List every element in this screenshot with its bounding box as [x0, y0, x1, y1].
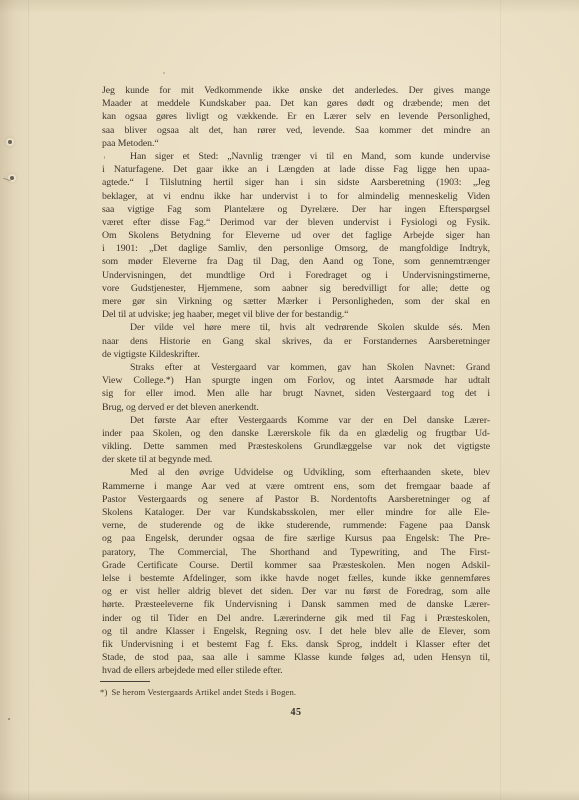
text-line: Med al den øvrige Udvidelse og Udvikling… [102, 466, 490, 479]
text-line: kan ogsaa gøres livligt og vækkende. Er … [102, 110, 490, 123]
paragraph: Jeg kunde for mit Vedkommende ikke ønske… [102, 84, 490, 150]
text-line: Maader at meddele Kundskaber paa. Det ka… [102, 97, 490, 110]
text-line: Der vilde vel høre mere til, hvis alt ve… [102, 321, 490, 334]
page-edge-shadow-left [0, 0, 34, 800]
text-line: agtede.“ I Tilslutning hertil siger han … [102, 176, 490, 189]
page-edge-shadow-bottom [0, 790, 579, 800]
text-line: Han siger et Sted: „Navnlig trænger vi t… [102, 150, 490, 163]
text-line: i 1901: „Det daglige Samliv, den personl… [102, 242, 490, 255]
scanned-book-page: Jeg kunde for mit Vedkommende ikke ønske… [0, 0, 579, 800]
text-line: Det første Aar efter Vestergaards Komme … [102, 414, 490, 427]
binding-hole-mark [8, 140, 12, 144]
text-line: verne, de studerende og de ikke studeren… [102, 519, 490, 532]
paragraph: Der vilde vel høre mere til, hvis alt ve… [102, 321, 490, 361]
text-line: saa vigtige Fag som Plantelære og Dyrelæ… [102, 203, 490, 216]
text-line: Stade, de stod paa, saa alle i samme Kla… [102, 651, 490, 664]
text-line: der skete til at begynde med. [102, 453, 490, 466]
text-line: været efter disse Fag.“ Derimod var der … [102, 216, 490, 229]
text-line: beklager, at vi endnu ikke har undervist… [102, 190, 490, 203]
footnote-divider [100, 681, 150, 682]
text-line: inder paa Skolen, og den danske Lærersko… [102, 427, 490, 440]
text-line: som møder Eleverne fra Dag til Dag, den … [102, 255, 490, 268]
text-line: Grade Certificate Course. Dertil kommer … [102, 559, 490, 572]
text-line: fik Undervisning i et bestemt Fag f. Eks… [102, 638, 490, 651]
text-line: Del til at udviske; jeg haaber, meget vi… [102, 308, 490, 321]
text-line: Straks efter at Vestergaard var kommen, … [102, 361, 490, 374]
text-line: Om Skolens Betydning for Eleverne ud ove… [102, 229, 490, 242]
text-line: Brug, og derved er det bleven anerkendt. [102, 401, 490, 414]
text-line: paa Metoden.“ [102, 137, 490, 150]
text-line: lelse i bestemte Afdelinger, som ikke ha… [102, 572, 490, 585]
text-line: og er vist heller aldrig blevet det side… [102, 585, 490, 598]
footnote-text: Se herom Vestergaards Artikel andet Sted… [111, 687, 296, 697]
text-line: Undervisningen, det mundtlige Ord i Fore… [102, 269, 490, 282]
text-line: vikling. Dette sammen med Præsteskolens … [102, 440, 490, 453]
binding-hole-mark [10, 176, 14, 180]
text-line: og til andre Klasser i Engelsk, Regning … [102, 625, 490, 638]
text-line: Pastor Vestergaards og senere af Pastor … [102, 493, 490, 506]
text-line: de vigtigste Kildeskrifter. [102, 348, 490, 361]
page-edge-shadow-top [0, 0, 579, 14]
text-line: vore Gudstjenester, Hjemmene, som aabner… [102, 282, 490, 295]
text-line: mere gør sin Virkning og sætter Mærker i… [102, 295, 490, 308]
paragraph: Han siger et Sted: „Navnlig trænger vi t… [102, 150, 490, 321]
text-line: naar dens Historie en Gang skal skrives,… [102, 335, 490, 348]
text-line: Jeg kunde for mit Vedkommende ikke ønske… [102, 84, 490, 97]
footnote-marker: *) [100, 687, 107, 697]
paragraph: Med al den øvrige Udvidelse og Udvikling… [102, 466, 490, 677]
text-line: hørte. Præsteeleverne fik Undervisning i… [102, 598, 490, 611]
paragraph: Straks efter at Vestergaard var kommen, … [102, 361, 490, 414]
text-line: inder og til Tider en Del andre. Lærerin… [102, 612, 490, 625]
text-line: Skolens Kataloger. Der var Kundskabsskol… [102, 506, 490, 519]
paragraph: Det første Aar efter Vestergaards Komme … [102, 414, 490, 467]
text-block: Jeg kunde for mit Vedkommende ikke ønske… [102, 84, 490, 677]
paper-speck [8, 718, 10, 720]
footnote: *)Se herom Vestergaards Artikel andet St… [100, 687, 400, 697]
text-line: hvad de ellers arbejdede med eller stile… [102, 664, 490, 677]
text-line: sig for eller imod. Men alle har brugt N… [102, 387, 490, 400]
text-line: og paa Engelsk, derunder ogsaa de fire s… [102, 532, 490, 545]
page-crease-left [28, 0, 29, 800]
text-line: saa bliver ogsaa alt det, han rører ved,… [102, 124, 490, 137]
paper-speck [163, 72, 165, 74]
page-number: 45 [102, 707, 490, 718]
text-line: paratory, The Commercial, The Shorthand … [102, 546, 490, 559]
text-line: Rammerne i mange Aar ved at være omtrent… [102, 480, 490, 493]
page-crease-right [500, 0, 501, 800]
text-line: View College.*) Han spurgte ingen om For… [102, 374, 490, 387]
text-line: i Naturfagene. Det gaar ikke an i Længde… [102, 163, 490, 176]
